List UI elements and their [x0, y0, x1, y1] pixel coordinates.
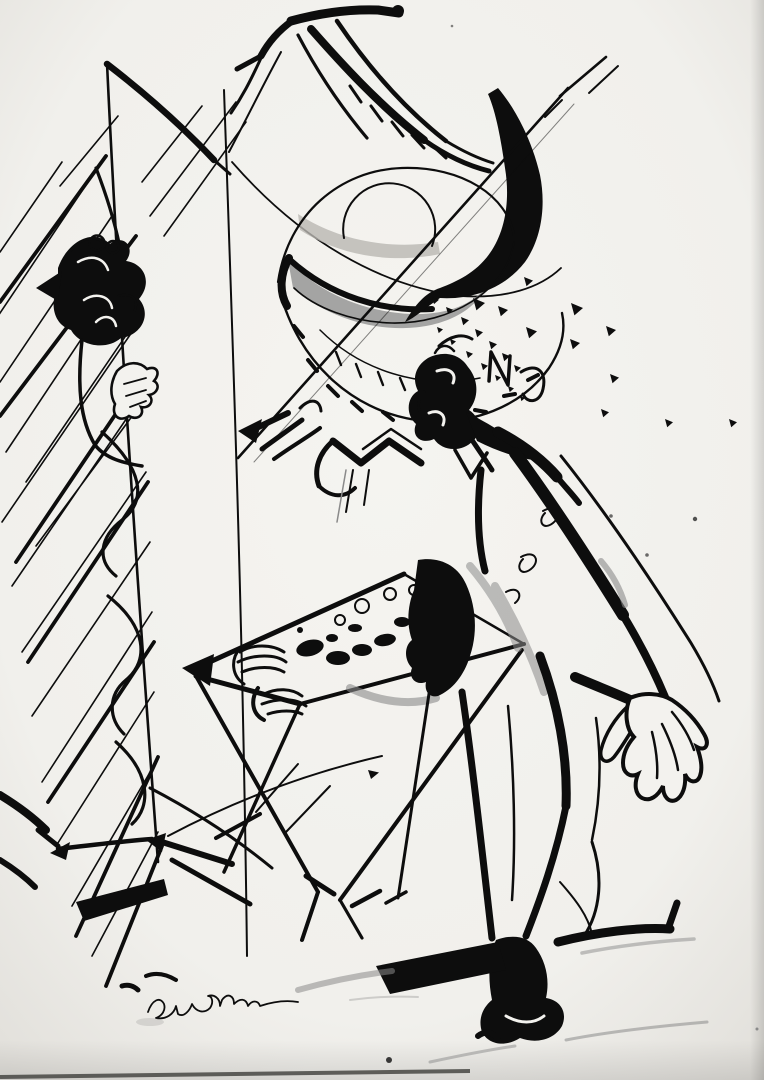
paper-background: [0, 0, 764, 1080]
artwork-photo: black ink gestural drawing on off-white …: [0, 0, 764, 1080]
photo-right-edge: [750, 0, 764, 1080]
ink-drawing: illegible cursive artist signature: [0, 0, 764, 1080]
